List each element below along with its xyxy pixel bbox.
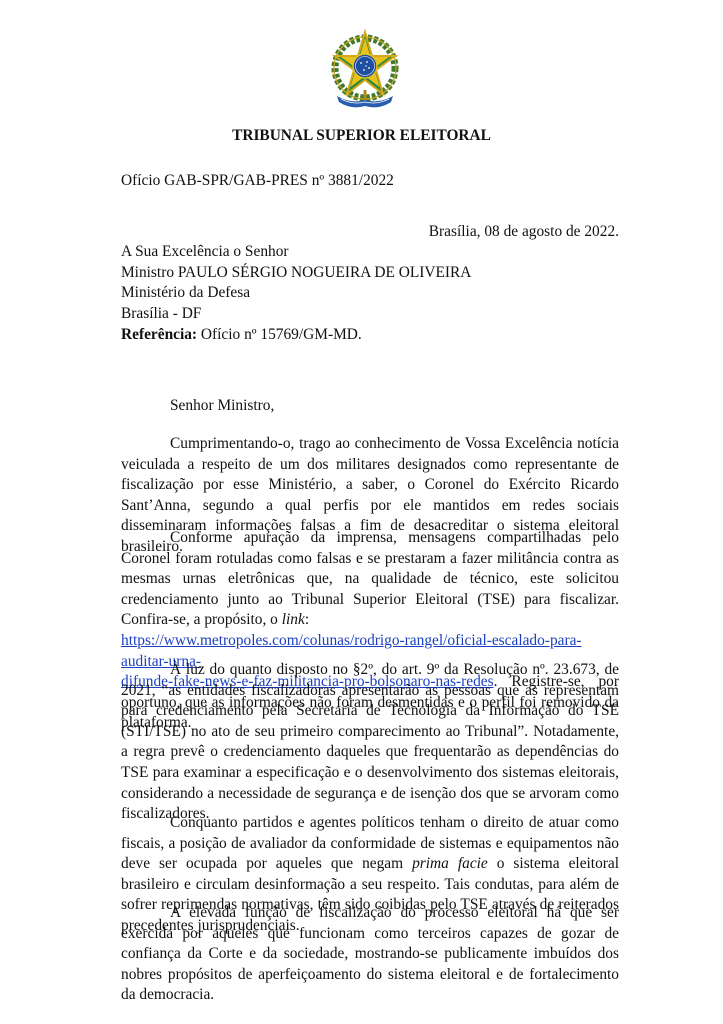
paragraph-3: À luz do quanto disposto no §2º, do art.… bbox=[121, 660, 619, 831]
place-date: Brasília, 08 de agosto de 2022. bbox=[429, 222, 619, 243]
addressee-line: Ministério da Defesa bbox=[121, 283, 471, 304]
reference-value: Ofício nº 15769/GM-MD. bbox=[197, 326, 362, 343]
coat-of-arms-icon bbox=[331, 28, 399, 110]
paragraph-text: A elevada função de fiscalização do proc… bbox=[121, 903, 619, 1006]
addressee-line: A Sua Excelência o Senhor bbox=[121, 242, 471, 263]
reference-line: Referência: Ofício nº 15769/GM-MD. bbox=[121, 325, 362, 346]
institution-title: TRIBUNAL SUPERIOR ELEITORAL bbox=[0, 126, 723, 147]
salutation: Senhor Ministro, bbox=[170, 396, 274, 417]
addressee-line: Brasília - DF bbox=[121, 304, 471, 325]
punctuation: : bbox=[305, 611, 309, 628]
paragraph-5: A elevada função de fiscalização do proc… bbox=[121, 903, 619, 1012]
addressee-block: A Sua Excelência o Senhor Ministro PAULO… bbox=[121, 242, 471, 324]
paragraph-text-span: Conforme apuração da imprensa, mensagens… bbox=[121, 529, 619, 628]
italic-term: link bbox=[282, 611, 305, 628]
addressee-line: Ministro PAULO SÉRGIO NOGUEIRA DE OLIVEI… bbox=[121, 263, 471, 284]
oficio-number: Ofício GAB-SPR/GAB-PRES nº 3881/2022 bbox=[121, 171, 394, 192]
reference-label: Referência: bbox=[121, 326, 197, 343]
document-page: TRIBUNAL SUPERIOR ELEITORAL Ofício GAB-S… bbox=[0, 0, 723, 1024]
paragraph-text: À luz do quanto disposto no §2º, do art.… bbox=[121, 660, 619, 825]
italic-term: prima facie bbox=[412, 855, 488, 872]
